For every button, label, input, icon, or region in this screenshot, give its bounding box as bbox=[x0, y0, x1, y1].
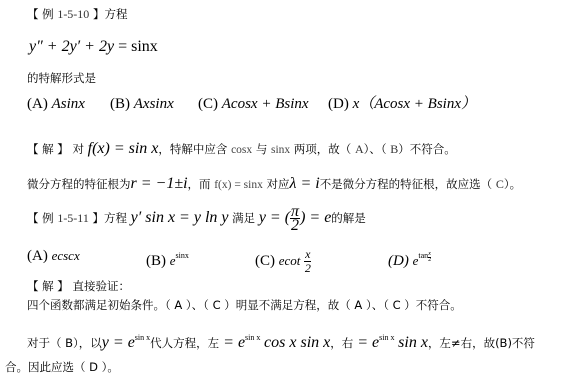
option-label: (A) bbox=[27, 96, 48, 112]
solution-1-line-2: 微分方程的特征根为r = −1±i，而 f(x) = sinx 对应λ = i不… bbox=[27, 176, 521, 193]
answer: C bbox=[496, 177, 504, 191]
option-c: (C) Acosx + Bsinx bbox=[198, 96, 309, 112]
solution-2-line-3: 合。因此应选（ D ）。 bbox=[5, 359, 119, 375]
close-bracket: 】 bbox=[93, 211, 105, 225]
option-label: (D) bbox=[388, 253, 409, 269]
characteristic-root: r = −1±i bbox=[131, 175, 188, 192]
equation-rhs: sinx bbox=[131, 38, 158, 55]
option-label: (B) bbox=[146, 253, 166, 269]
open-bracket: 【 bbox=[27, 211, 39, 225]
option-b: (B) esinx bbox=[146, 248, 189, 269]
option-value: Asinx bbox=[52, 96, 85, 112]
close-bracket: 】 bbox=[93, 7, 105, 21]
option-label: (C) bbox=[198, 96, 218, 112]
exponent-fraction: x2 bbox=[428, 252, 431, 263]
option-value: ecot bbox=[279, 253, 301, 268]
option-value: Acosx + Bsinx bbox=[222, 96, 309, 112]
solution-1-line-1: 【 解 】 对 f(x) = sin x，特解中应含 cosx 与 sinx 两… bbox=[27, 141, 456, 158]
example-1-prompt: 的特解形式是 bbox=[27, 70, 96, 86]
example-1-header: 【 例 1-5-10 】方程 bbox=[27, 6, 127, 22]
option-label: (D) bbox=[328, 96, 349, 112]
option-label: (A) bbox=[27, 248, 48, 264]
x-over-2-fraction: x2 bbox=[304, 248, 311, 275]
solution-header: 【 解 】 bbox=[27, 142, 69, 156]
option-b: (B) Axsinx bbox=[110, 96, 174, 112]
option-value: ecscx bbox=[52, 248, 80, 263]
example-1-equation: y″ + 2y′ + 2y = sinx bbox=[29, 38, 158, 55]
example-label: 例 bbox=[42, 7, 54, 21]
option-d: (D) etanx2 bbox=[388, 248, 431, 269]
solution-2-header: 【 解 】 直接验证： bbox=[27, 278, 130, 294]
option-value: Axsinx bbox=[134, 96, 174, 112]
solution-header: 【 解 】 bbox=[27, 279, 69, 293]
option-d: (D) x（Acosx + Bsinx） bbox=[328, 96, 476, 112]
example-1-text: 方程 bbox=[104, 7, 127, 21]
solution-2-line-2: 对于（ B），以y = esin x代人方程，左 = esin x cos x … bbox=[27, 330, 535, 351]
option-a: (A) Asinx bbox=[27, 96, 85, 112]
example-2-equation: y′ sin x = y ln y bbox=[131, 209, 229, 226]
option-value: x（Acosx + Bsinx） bbox=[353, 96, 476, 112]
pi-over-2-fraction: π2 bbox=[290, 205, 300, 232]
function-expression: f(x) = sin x bbox=[88, 140, 159, 157]
option-c: (C) ecot x2 bbox=[255, 248, 311, 275]
equation-lhs: y″ + 2y′ + 2y bbox=[29, 38, 114, 55]
equation-equals: = bbox=[114, 38, 131, 55]
lambda-value: λ = i bbox=[290, 175, 320, 192]
option-label: (B) bbox=[110, 96, 130, 112]
example-2-header: 【 例 1-5-11 】方程 y′ sin x = y ln y 满足 y = … bbox=[27, 205, 366, 232]
example-number: 1-5-11 bbox=[57, 211, 89, 225]
solution-2-line-1: 四个函数都满足初始条件。（ A ）、（ C ）明显不满足方程，故（ A ）、（ … bbox=[27, 297, 462, 313]
open-bracket: 【 bbox=[27, 7, 39, 21]
option-a: (A) ecscx bbox=[27, 248, 80, 264]
example-label: 例 bbox=[42, 211, 54, 225]
example-number: 1-5-10 bbox=[57, 7, 89, 21]
option-label: (C) bbox=[255, 253, 275, 269]
